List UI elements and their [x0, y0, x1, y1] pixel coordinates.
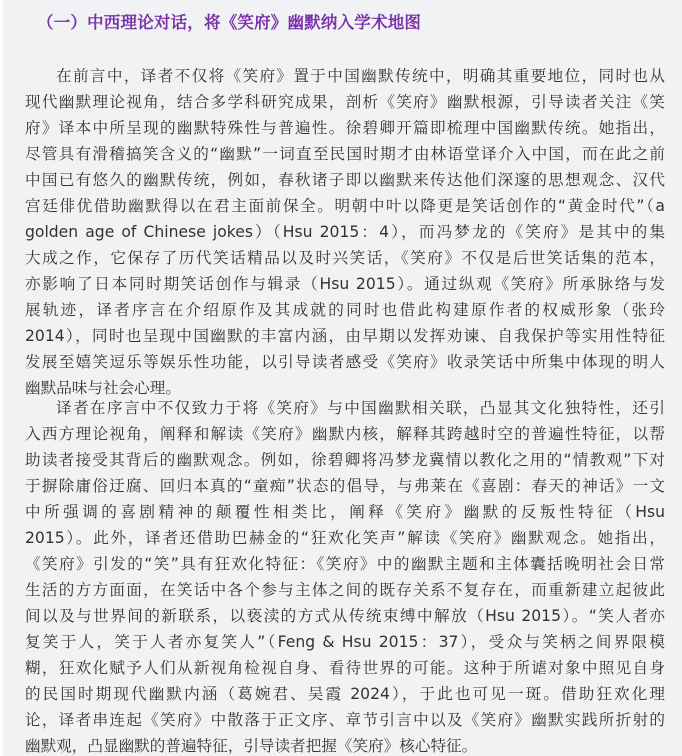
- text-line: 译者在序言中不仅致力于将《笑府》与中国幽默相关联，凸显其文化独特性，还引: [25, 395, 665, 421]
- text-line: 2014），同时也呈现中国幽默的丰富内涵，由早期以发挥劝谏、自我保护等实用性特征: [25, 323, 665, 349]
- paragraph-2: 译者在序言中不仅致力于将《笑府》与中国幽默相关联，凸显其文化独特性，还引 入西方…: [25, 395, 665, 756]
- text-line: 助读者接受其背后的幽默观念。例如，徐碧卿将冯梦龙冀情以教化之用的“情教观”下对: [25, 447, 665, 473]
- text-line: 展轨迹，译者序言在介绍原作及其成就的同时也借此构建原作者的权威形象（张玲: [25, 297, 665, 323]
- text-line: 中所强调的喜剧精神的颠覆性相类比，阐释《笑府》幽默的反叛性特征（Hsu: [25, 499, 665, 525]
- text-line: 现代幽默理论视角，结合多学科研究成果，剖析《笑府》幽默根源，引导读者关注《笑: [25, 89, 665, 115]
- text-line: 论，译者串连起《笑府》中散落于正文序、章节引言中以及《笑府》幽默实践所折射的: [25, 707, 665, 733]
- text-line: 的民国时期现代幽默内涵（葛婉君、吴霞 2024），于此也可见一斑。借助狂欢化理: [25, 681, 665, 707]
- text-line: 复笑于人，笑于人者亦复笑人”（Feng & Hsu 2015：37），受众与笑柄…: [25, 629, 665, 655]
- text-line: 中国已有悠久的幽默传统，例如，春秋诸子即以幽默来传达他们深邃的思想观念、汉代: [25, 167, 665, 193]
- text-line: 2015）。此外，译者还借助巴赫金的“狂欢化笑声”解读《笑府》幽默观念。她指出，: [25, 525, 665, 551]
- paragraph-1: 在前言中，译者不仅将《笑府》置于中国幽默传统中，明确其重要地位，同时也从 现代幽…: [25, 63, 665, 401]
- text-line: 入西方理论视角，阐释和解读《笑府》幽默内核，解释其跨越时空的普遍性特征，以帮: [25, 421, 665, 447]
- text-line: 间以及与世界间的新联系，以亵渎的方式从传统束缚中解放（Hsu 2015）。“笑人…: [25, 603, 665, 629]
- text-line: 糊，狂欢化赋予人们从新视角检视自身、看待世界的可能。这种于所谑对象中照见自身: [25, 655, 665, 681]
- section-heading: （一）中西理论对话，将《笑府》幽默纳入学术地图: [37, 9, 421, 33]
- text-line: 发展至嬉笑逗乐等娱乐性功能，以引导读者感受《笑府》收录笑话中所集中体现的明人: [25, 349, 665, 375]
- text-line: 于摒除庸俗迂腐、回归本真的“童痴”状态的倡导，与弗莱在《喜剧：春天的神话》一文: [25, 473, 665, 499]
- text-line: 亦影响了日本同时期笑话创作与辑录（Hsu 2015）。通过纵观《笑府》所承脉络与…: [25, 271, 665, 297]
- text-line: 《笑府》引发的“笑”具有狂欢化特征：《笑府》中的幽默主题和主体囊括晚明社会日常: [25, 551, 665, 577]
- text-line: 生活的方方面面，在笑话中各个参与主体之间的既存关系不复存在，而重新建立起彼此: [25, 577, 665, 603]
- text-line: 大成之作，它保存了历代笑话精品以及时兴笑话，《笑府》不仅是后世笑话集的范本，: [25, 245, 665, 271]
- text-line: golden age of Chinese jokes）（Hsu 2015：4）…: [25, 219, 665, 245]
- text-line: 尽管具有滑稽搞笑含义的“幽默”一词直至民国时期才由林语堂译介入中国，而在此之前: [25, 141, 665, 167]
- article-page: （一）中西理论对话，将《笑府》幽默纳入学术地图 在前言中，译者不仅将《笑府》置于…: [0, 0, 682, 756]
- text-line: 府》译本中所呈现的幽默特殊性与普遍性。徐碧卿开篇即梳理中国幽默传统。她指出，: [25, 115, 665, 141]
- text-line: 在前言中，译者不仅将《笑府》置于中国幽默传统中，明确其重要地位，同时也从: [25, 63, 665, 89]
- text-line: 宫廷俳优借助幽默得以在君主面前保全。明朝中叶以降更是笑话创作的“黄金时代”（a: [25, 193, 665, 219]
- text-line: 幽默观，凸显幽默的普遍特征，引导读者把握《笑府》核心特征。: [25, 733, 665, 756]
